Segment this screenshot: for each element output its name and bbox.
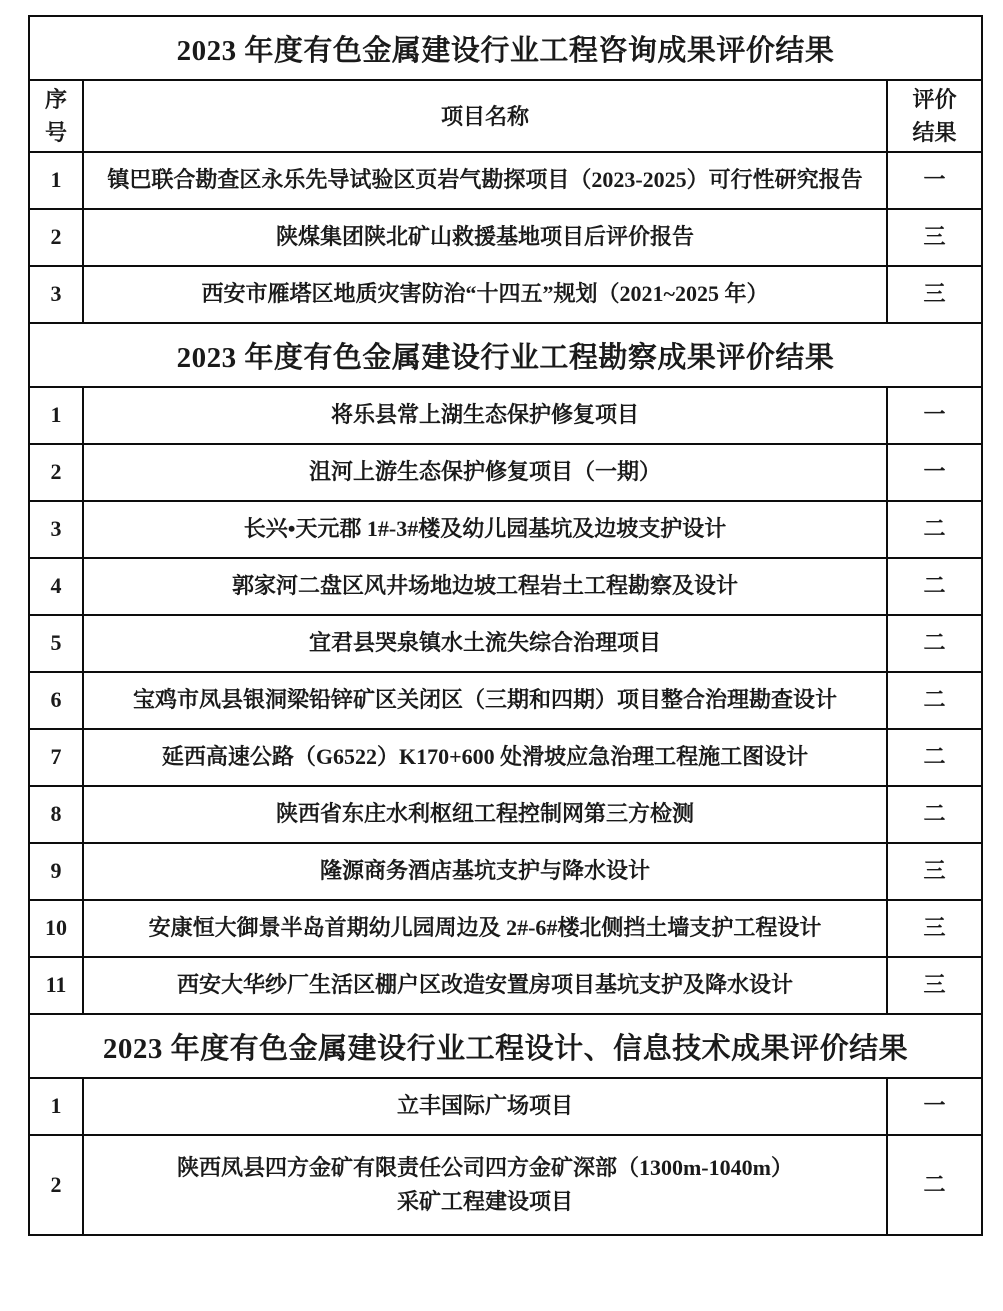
row-index: 2 [29, 1135, 83, 1235]
table-row: 8 陕西省东庄水利枢纽工程控制网第三方检测 二 [29, 786, 982, 843]
evaluation-result: 二 [887, 501, 982, 558]
table-row: 9 隆源商务酒店基坑支护与降水设计 三 [29, 843, 982, 900]
table-row: 7 延西高速公路（G6522）K170+600 处滑坡应急治理工程施工图设计 二 [29, 729, 982, 786]
evaluation-result: 二 [887, 729, 982, 786]
row-index: 2 [29, 444, 83, 501]
row-index: 11 [29, 957, 83, 1014]
project-name: 郭家河二盘区风井场地边坡工程岩土工程勘察及设计 [83, 558, 887, 615]
evaluation-results-document: 2023 年度有色金属建设行业工程咨询成果评价结果 序 号 项目名称 评价 结果… [28, 15, 983, 1236]
project-name: 宜君县哭泉镇水土流失综合治理项目 [83, 615, 887, 672]
row-index: 1 [29, 1078, 83, 1135]
project-name: 陕煤集团陕北矿山救援基地项目后评价报告 [83, 209, 887, 266]
row-index: 7 [29, 729, 83, 786]
table-row: 3 长兴•天元郡 1#-3#楼及幼儿园基坑及边坡支护设计 二 [29, 501, 982, 558]
evaluation-result: 一 [887, 152, 982, 209]
row-index: 6 [29, 672, 83, 729]
table-header-row: 序 号 项目名称 评价 结果 [29, 80, 982, 152]
section-title-row: 2023 年度有色金属建设行业工程咨询成果评价结果 [29, 16, 982, 80]
table-row: 4 郭家河二盘区风井场地边坡工程岩土工程勘察及设计 二 [29, 558, 982, 615]
evaluation-result: 三 [887, 843, 982, 900]
row-index: 9 [29, 843, 83, 900]
table-row: 1 镇巴联合勘查区永乐先导试验区页岩气勘探项目（2023-2025）可行性研究报… [29, 152, 982, 209]
project-name: 镇巴联合勘查区永乐先导试验区页岩气勘探项目（2023-2025）可行性研究报告 [83, 152, 887, 209]
evaluation-result: 三 [887, 266, 982, 323]
table-row: 1 将乐县常上湖生态保护修复项目 一 [29, 387, 982, 444]
project-name: 将乐县常上湖生态保护修复项目 [83, 387, 887, 444]
column-header-result: 评价 结果 [887, 80, 982, 152]
project-name: 隆源商务酒店基坑支护与降水设计 [83, 843, 887, 900]
project-name: 立丰国际广场项目 [83, 1078, 887, 1135]
section-title: 2023 年度有色金属建设行业工程咨询成果评价结果 [29, 16, 982, 80]
project-name: 西安市雁塔区地质灾害防治“十四五”规划（2021~2025 年） [83, 266, 887, 323]
section-title-row: 2023 年度有色金属建设行业工程设计、信息技术成果评价结果 [29, 1014, 982, 1078]
column-header-project-name: 项目名称 [83, 80, 887, 152]
table-row: 6 宝鸡市凤县银洞梁铅锌矿区关闭区（三期和四期）项目整合治理勘查设计 二 [29, 672, 982, 729]
row-index: 8 [29, 786, 83, 843]
table-row: 1 立丰国际广场项目 一 [29, 1078, 982, 1135]
section-title: 2023 年度有色金属建设行业工程设计、信息技术成果评价结果 [29, 1014, 982, 1078]
evaluation-result: 三 [887, 900, 982, 957]
row-index: 5 [29, 615, 83, 672]
table-row: 11 西安大华纱厂生活区棚户区改造安置房项目基坑支护及降水设计 三 [29, 957, 982, 1014]
table-row: 2 沮河上游生态保护修复项目（一期） 一 [29, 444, 982, 501]
project-name: 安康恒大御景半岛首期幼儿园周边及 2#-6#楼北侧挡土墙支护工程设计 [83, 900, 887, 957]
evaluation-result: 二 [887, 672, 982, 729]
project-name: 长兴•天元郡 1#-3#楼及幼儿园基坑及边坡支护设计 [83, 501, 887, 558]
project-name: 宝鸡市凤县银洞梁铅锌矿区关闭区（三期和四期）项目整合治理勘查设计 [83, 672, 887, 729]
project-name: 陕西凤县四方金矿有限责任公司四方金矿深部（1300m-1040m） 采矿工程建设… [83, 1135, 887, 1235]
table-row: 5 宜君县哭泉镇水土流失综合治理项目 二 [29, 615, 982, 672]
evaluation-results-table: 2023 年度有色金属建设行业工程咨询成果评价结果 序 号 项目名称 评价 结果… [28, 15, 983, 1236]
project-name: 西安大华纱厂生活区棚户区改造安置房项目基坑支护及降水设计 [83, 957, 887, 1014]
project-name: 沮河上游生态保护修复项目（一期） [83, 444, 887, 501]
evaluation-result: 二 [887, 615, 982, 672]
row-index: 1 [29, 387, 83, 444]
evaluation-result: 三 [887, 957, 982, 1014]
row-index: 2 [29, 209, 83, 266]
section-title: 2023 年度有色金属建设行业工程勘察成果评价结果 [29, 323, 982, 387]
evaluation-result: 一 [887, 387, 982, 444]
row-index: 4 [29, 558, 83, 615]
project-name: 陕西省东庄水利枢纽工程控制网第三方检测 [83, 786, 887, 843]
section-title-row: 2023 年度有色金属建设行业工程勘察成果评价结果 [29, 323, 982, 387]
evaluation-result: 三 [887, 209, 982, 266]
row-index: 10 [29, 900, 83, 957]
evaluation-result: 一 [887, 1078, 982, 1135]
table-row: 3 西安市雁塔区地质灾害防治“十四五”规划（2021~2025 年） 三 [29, 266, 982, 323]
evaluation-result: 二 [887, 558, 982, 615]
table-row: 10 安康恒大御景半岛首期幼儿园周边及 2#-6#楼北侧挡土墙支护工程设计 三 [29, 900, 982, 957]
row-index: 3 [29, 501, 83, 558]
table-row: 2 陕西凤县四方金矿有限责任公司四方金矿深部（1300m-1040m） 采矿工程… [29, 1135, 982, 1235]
evaluation-result: 二 [887, 786, 982, 843]
row-index: 1 [29, 152, 83, 209]
project-name: 延西高速公路（G6522）K170+600 处滑坡应急治理工程施工图设计 [83, 729, 887, 786]
evaluation-result: 一 [887, 444, 982, 501]
evaluation-result: 二 [887, 1135, 982, 1235]
table-row: 2 陕煤集团陕北矿山救援基地项目后评价报告 三 [29, 209, 982, 266]
column-header-index: 序 号 [29, 80, 83, 152]
row-index: 3 [29, 266, 83, 323]
